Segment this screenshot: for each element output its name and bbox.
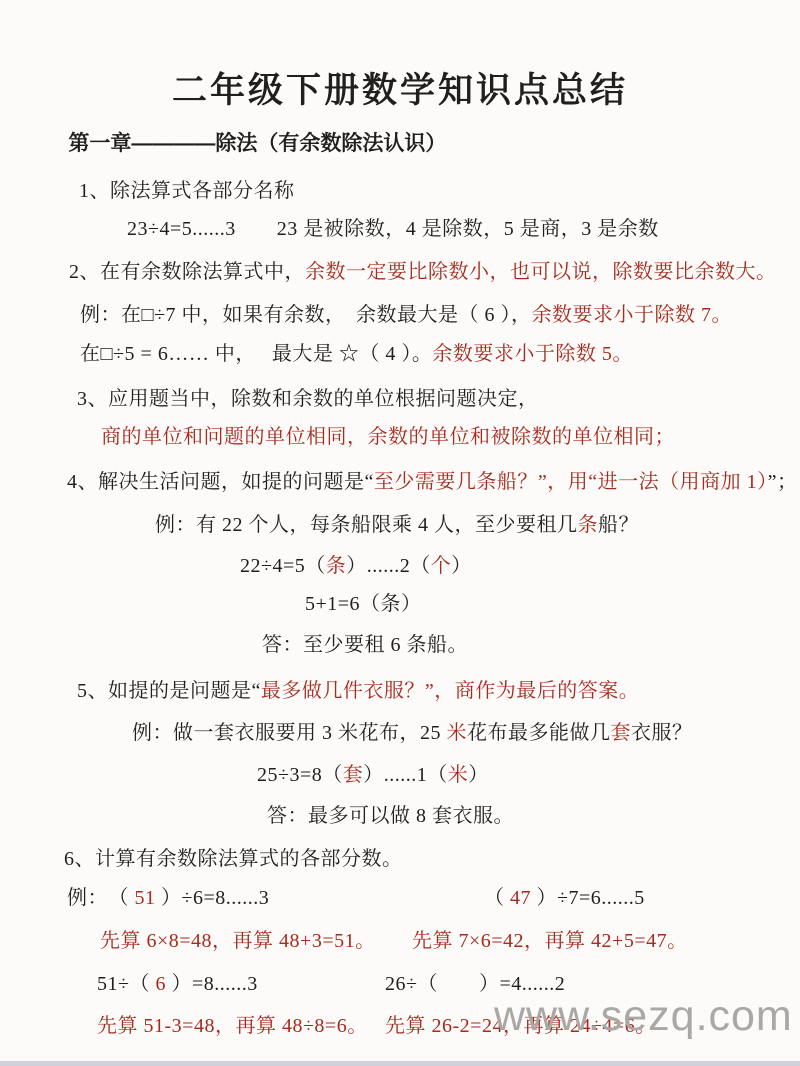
text-segment: ） [451, 555, 472, 577]
text-segment: 衣服？ [631, 722, 693, 744]
solution-note-48: 先算 51-3=48，再算 48÷8=6。 [75, 990, 368, 1062]
text-segment: 在□÷5 = 6…… 中， 最大是 ☆（ 4 ）。 [80, 343, 432, 365]
watermark: www.sezq.com [494, 992, 793, 1041]
text-segment: 余数要求小于除数 5。 [432, 343, 633, 365]
text-segment: 套 [611, 722, 632, 744]
text-segment: 条 [578, 514, 599, 536]
text-segment: 先算 51-3=48，再算 48÷8=6。 [97, 1015, 368, 1037]
page: 二年级下册数学知识点总结 第一章————除法（有余数除法认识） 1、除法算式各部… [0, 0, 800, 1066]
chapter-heading-text: 第一章————除法（有余数除法认识） [68, 132, 446, 155]
page-bottom-edge [0, 1061, 800, 1066]
text-segment: ”； [768, 471, 798, 493]
text-segment: 商的单位和问题的单位相同，余数的单位和被除数的单位相同； [101, 426, 675, 448]
text-segment: 船？ [598, 514, 639, 536]
text-segment: 个 [431, 555, 452, 577]
text-segment: 答：至少要租 6 条船。 [262, 634, 468, 656]
